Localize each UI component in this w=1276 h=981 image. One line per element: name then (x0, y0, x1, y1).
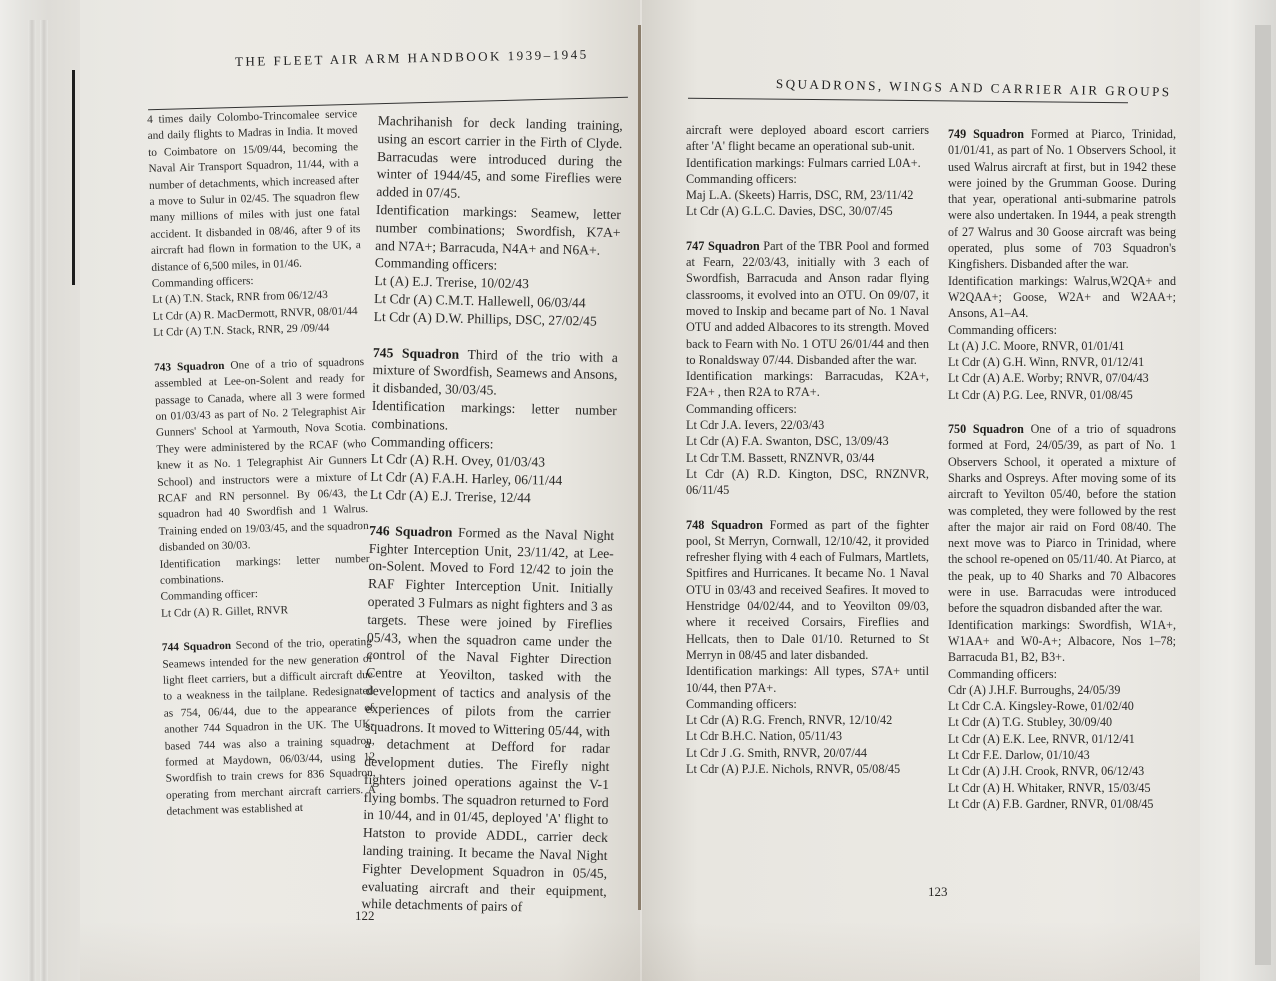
officer: Lt Cdr (A) R.D. Kington, DSC, RNZNVR, 06… (686, 466, 929, 499)
entry-text: One of a trio of squadrons formed at For… (948, 422, 1176, 615)
entry-746-squadron: 746 Squadron Formed as the Naval Night F… (361, 522, 614, 919)
markings: Identification markings: Walrus,W2QA+ an… (948, 273, 1176, 322)
officer: Lt Cdr B.H.C. Nation, 05/11/43 (686, 728, 929, 744)
officer: Lt Cdr C.A. Kingsley-Rowe, 01/02/40 (948, 698, 1176, 714)
right-page-column-1: aircraft were deployed aboard escort car… (686, 122, 929, 795)
entry-title: 748 Squadron (686, 518, 763, 532)
entry-text: Second of the trio, operating Seamews in… (162, 636, 376, 818)
entry-748-squadron: 748 Squadron Formed as part of the fight… (686, 517, 929, 778)
officer: Lt Cdr (A) A.E. Worby; RNVR, 07/04/43 (948, 370, 1176, 386)
officer: Cdr (A) J.H.F. Burroughs, 24/05/39 (948, 682, 1176, 698)
markings: Identification markings: Seamew, letter … (375, 201, 621, 260)
entry-text: Machrihanish for deck landing training, … (376, 112, 623, 206)
officer: Lt Cdr (A) F.A. Swanton, DSC, 13/09/43 (686, 433, 929, 449)
officer: Lt Cdr (A) G.H. Winn, RNVR, 01/12/41 (948, 354, 1176, 370)
officer: Lt Cdr (A) F.B. Gardner, RNVR, 01/08/45 (948, 796, 1176, 812)
book-spread-photo: THE FLEET AIR ARM HANDBOOK 1939–1945 SQU… (0, 0, 1276, 981)
entry-743-squadron: 743 Squadron One of a trio of squadrons … (154, 354, 371, 622)
book-cover-edge (72, 70, 75, 285)
entry-742-continued: 4 times daily Colombo-Trincomalee servic… (147, 106, 363, 341)
left-page-edges (0, 0, 80, 981)
officer: Lt Cdr (A) G.L.C. Davies, DSC, 30/07/45 (686, 203, 929, 219)
page-edge-stripe (1255, 25, 1271, 965)
co-heading: Commanding officers: (948, 322, 1176, 338)
officer: Lt Cdr J.A. Ievers, 22/03/43 (686, 417, 929, 433)
co-heading: Commanding officers: (686, 401, 929, 417)
entry-text: aircraft were deployed aboard escort car… (686, 122, 929, 155)
entry-title: 749 Squadron (948, 127, 1024, 141)
entry-746-continued: aircraft were deployed aboard escort car… (686, 122, 929, 220)
page-edge-stripe (40, 20, 48, 981)
officer: Lt Cdr T.M. Bassett, RNZNVR, 03/44 (686, 450, 929, 466)
left-page-column-2: Machrihanish for deck landing training, … (361, 112, 623, 936)
entry-title: 744 Squadron (162, 640, 231, 654)
entry-text: Formed at Piarco, Trinidad, 01/01/41, as… (948, 127, 1176, 271)
markings: Identification markings: letter number c… (371, 397, 617, 438)
officer: Lt Cdr (A) E.K. Lee, RNVR, 01/12/41 (948, 731, 1176, 747)
officer: Lt Cdr (A) R.G. French, RNVR, 12/10/42 (686, 712, 929, 728)
officer: Maj L.A. (Skeets) Harris, DSC, RM, 23/11… (686, 187, 929, 203)
entry-745-squadron: 745 Squadron Third of the trio with a mi… (370, 344, 618, 509)
page-edge-stripe (28, 20, 36, 981)
co-heading: Commanding officers: (948, 666, 1176, 682)
co-heading: Commanding officers: (686, 696, 929, 712)
entry-text: 4 times daily Colombo-Trincomalee servic… (147, 106, 361, 276)
officer: Lt Cdr (A) E.J. Trerise, 12/44 (370, 486, 615, 509)
entry-744-continued: Machrihanish for deck landing training, … (374, 112, 623, 331)
entry-title: 745 Squadron (373, 345, 460, 362)
left-page-column-1: 4 times daily Colombo-Trincomalee servic… (147, 106, 377, 838)
bottom-shadow (80, 921, 1200, 981)
entry-title: 750 Squadron (948, 422, 1024, 436)
markings: Identification markings: Barracudas, K2A… (686, 368, 929, 401)
entry-text: Part of the TBR Pool and formed at Fearn… (686, 239, 929, 367)
officer: Lt Cdr (A) T.G. Stubley, 30/09/40 (948, 714, 1176, 730)
left-page-number: 122 (355, 908, 375, 924)
right-page-edges (1200, 0, 1276, 981)
entry-title: 746 Squadron (369, 523, 452, 540)
officer: Lt Cdr (A) H. Whitaker, RNVR, 15/03/45 (948, 780, 1176, 796)
officer: Lt (A) J.C. Moore, RNVR, 01/01/41 (948, 338, 1176, 354)
officer: Lt Cdr J .G. Smith, RNVR, 20/07/44 (686, 745, 929, 761)
officer: Lt Cdr (A) P.J.E. Nichols, RNVR, 05/08/4… (686, 761, 929, 777)
officer: Lt Cdr (A) J.H. Crook, RNVR, 06/12/43 (948, 763, 1176, 779)
markings: Identification markings: All types, S7A+… (686, 663, 929, 696)
entry-744-squadron: 744 Squadron Second of the trio, operati… (162, 634, 377, 820)
entry-text: Formed as the Naval Night Fighter Interc… (361, 525, 614, 915)
right-page-number: 123 (928, 884, 948, 900)
book-gutter (638, 25, 641, 910)
entry-747-squadron: 747 Squadron Part of the TBR Pool and fo… (686, 238, 929, 499)
entry-750-squadron: 750 Squadron One of a trio of squadrons … (948, 421, 1176, 812)
entry-text: Formed as part of the fighter pool, St M… (686, 518, 929, 662)
right-page-column-2: 749 Squadron Formed at Piarco, Trinidad,… (948, 126, 1176, 830)
entry-title: 747 Squadron (686, 239, 760, 253)
entry-749-squadron: 749 Squadron Formed at Piarco, Trinidad,… (948, 126, 1176, 403)
co-heading: Commanding officers: (686, 171, 929, 187)
markings: Identification markings: Fulmars carried… (686, 155, 929, 171)
officer: Lt Cdr (A) P.G. Lee, RNVR, 01/08/45 (948, 387, 1176, 403)
markings: Identification markings: Swordfish, W1A+… (948, 617, 1176, 666)
entry-title: 743 Squadron (154, 360, 225, 374)
officer: Lt Cdr F.E. Darlow, 01/10/43 (948, 747, 1176, 763)
entry-text: One of a trio of squadrons assembled at … (154, 356, 368, 554)
